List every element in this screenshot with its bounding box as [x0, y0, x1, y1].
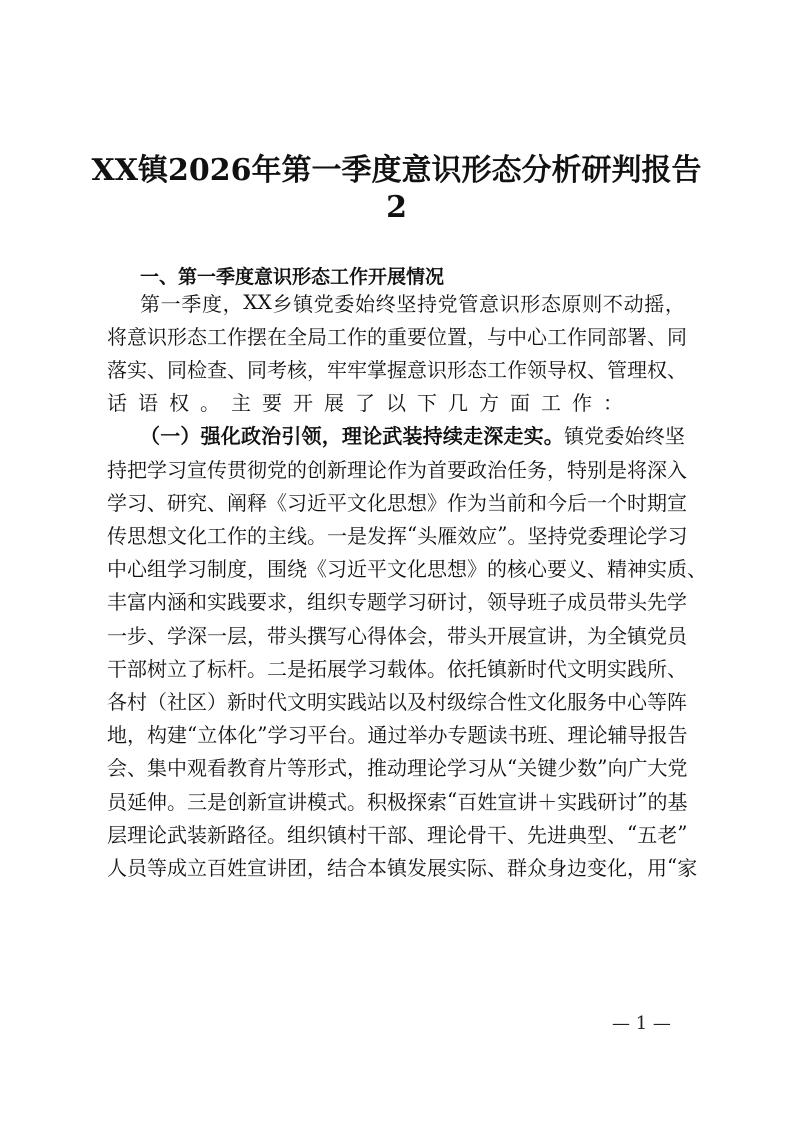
page-number: — 1 — [612, 1013, 671, 1034]
text-line: 丰富内涵和实践要求，组织专题学习研讨，领导班子成员带头先学 [107, 585, 685, 617]
text-line: 中心组学习制度，围绕《习近平文化思想》的核心要义、精神实质、 [107, 552, 685, 584]
text-line: 一步、学深一层，带头撰写心得体会，带头开展宣讲，为全镇党员 [107, 618, 685, 650]
text-line: 第一季度，XX乡镇党委始终坚持党管意识形态原则不动摇， [140, 286, 685, 318]
text-line: 干部树立了标杆。二是拓展学习载体。依托镇新时代文明实践所、 [107, 651, 685, 683]
text-line: 传思想文化工作的主线。一是发挥“头雁效应”。坚持党委理论学习 [107, 518, 685, 550]
text-line: （一）强化政治引领，理论武装持续走深走实。镇党委始终坚 [140, 419, 685, 451]
section-heading: 一、第一季度意识形态工作开展情况 [140, 262, 444, 289]
text-line: 话语权。主要开展了以下几方面工作： [107, 386, 685, 418]
text-line: 持把学习宣传贯彻党的创新理论作为首要政治任务，特别是将深入 [107, 452, 685, 484]
document-title-continuation: 2 [90, 190, 703, 225]
text-line: 会、集中观看教育片等形式，推动理论学习从“关键少数”向广大党 [107, 751, 685, 783]
text-line: 将意识形态工作摆在全局工作的重要位置，与中心工作同部署、同 [107, 319, 685, 351]
text-line: 员延伸。三是创新宣讲模式。积极探索“百姓宣讲＋实践研讨”的基 [107, 784, 685, 816]
text-line: 各村（社区）新时代文明实践站以及村级综合性文化服务中心等阵 [107, 684, 685, 716]
text-line: 人员等成立百姓宣讲团，结合本镇发展实际、群众身边变化，用“家 [107, 850, 685, 882]
text-line: 地，构建“立体化”学习平台。通过举办专题读书班、理论辅导报告 [107, 718, 685, 750]
document-title: XX镇2026年第一季度意识形态分析研判报告 [90, 145, 703, 189]
document-page: XX镇2026年第一季度意识形态分析研判报告 2 一、第一季度意识形态工作开展情… [0, 0, 793, 1122]
text-line: 落实、同检查、同考核，牢牢掌握意识形态工作领导权、管理权、 [107, 352, 685, 384]
text-line: 学习、研究、阐释《习近平文化思想》作为当前和今后一个时期宣 [107, 485, 685, 517]
text-line: 层理论武装新路径。组织镇村干部、理论骨干、先进典型、“五老” [107, 817, 685, 849]
